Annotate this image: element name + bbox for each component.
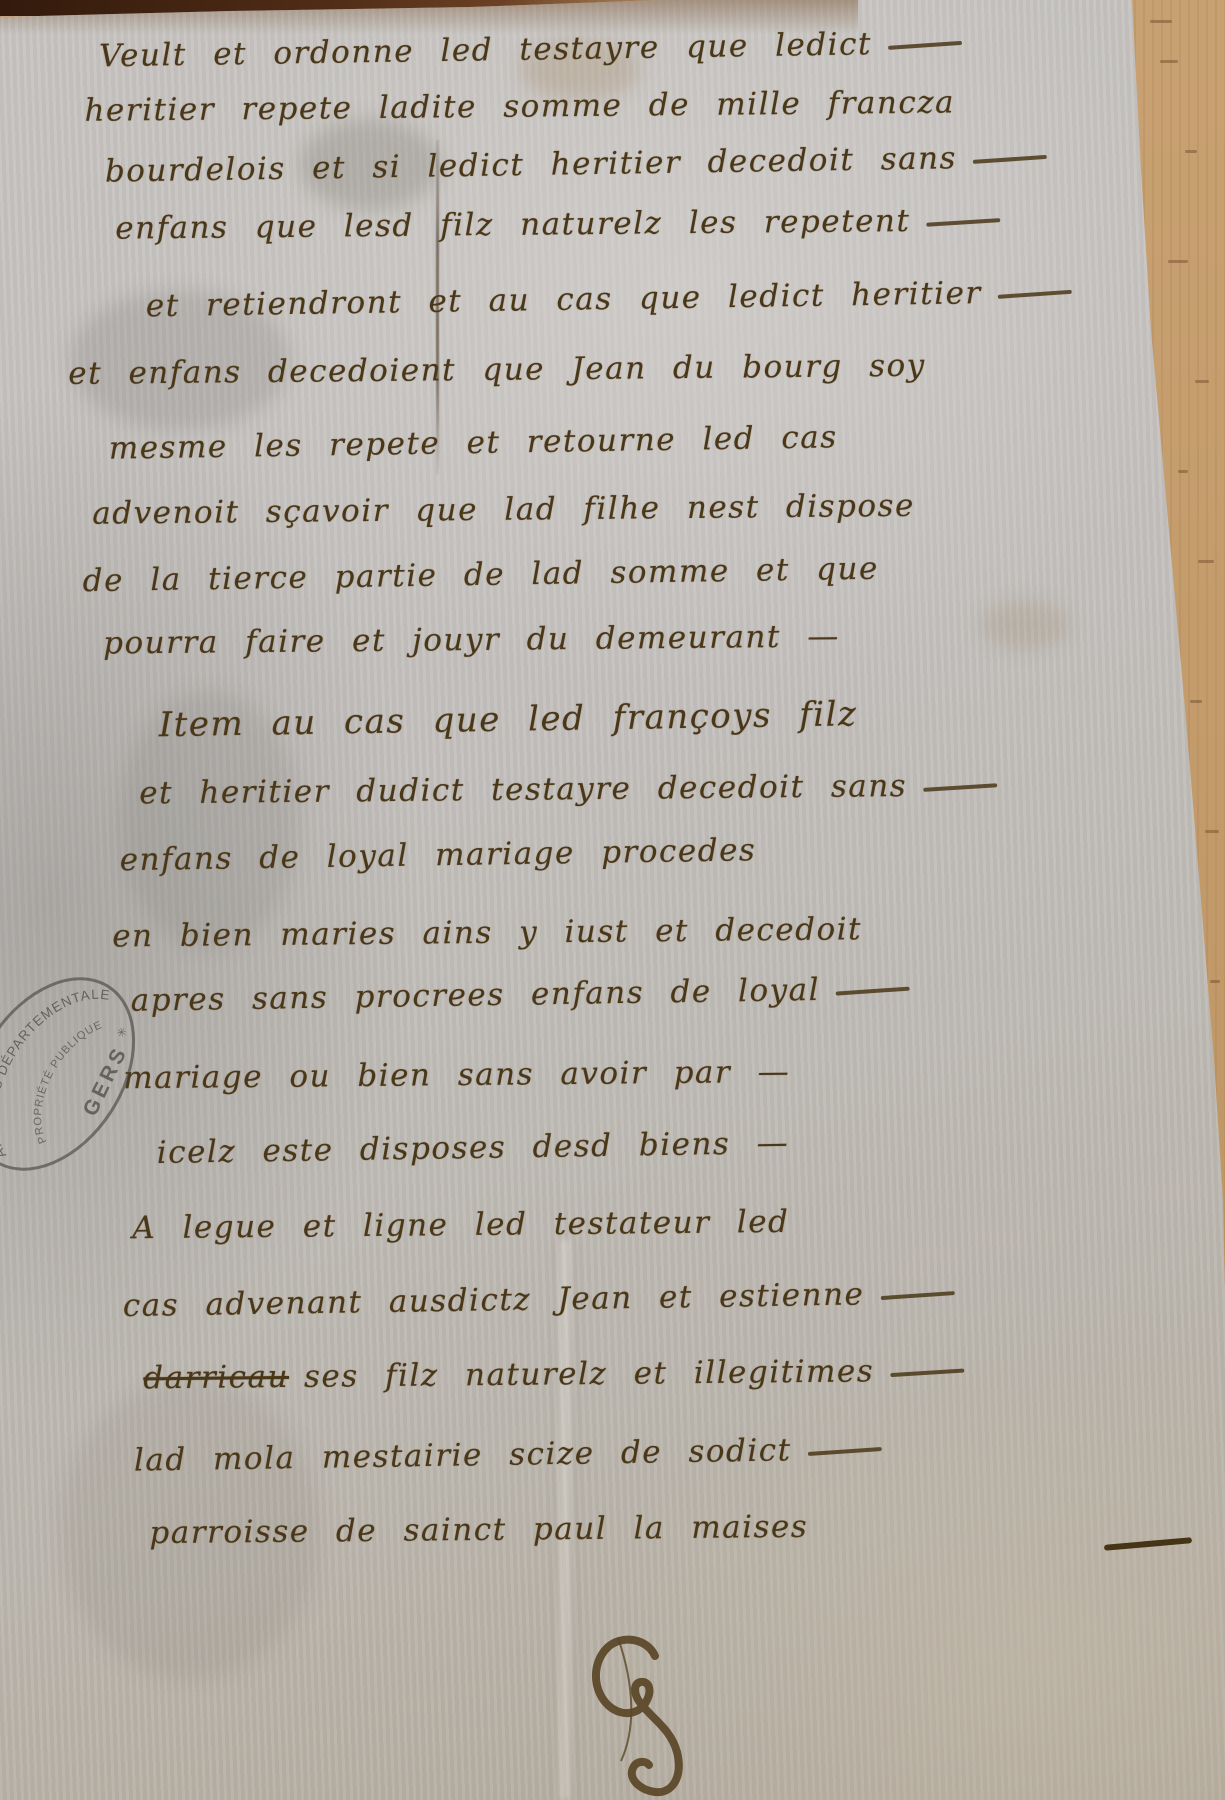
- stamp-gers-text: GERS: [79, 1042, 133, 1120]
- struck-word: darricau: [143, 1359, 289, 1396]
- manuscript-line: Item au cas que led françoys filz: [158, 694, 857, 745]
- manuscript-line: et retiendront et au cas que ledict heri…: [146, 274, 1072, 325]
- manuscript-line: de la tierce partie de lad somme et que: [82, 551, 879, 600]
- photo-of-manuscript: Veult et ordonne led testayre que ledict…: [0, 0, 1225, 1800]
- manuscript-line: en bien maries ains y iust et decedoit: [112, 911, 862, 954]
- manuscript-line: icelz este disposes desd biens —: [156, 1125, 789, 1171]
- manuscript-line: A legue et ligne led testateur led: [132, 1204, 789, 1246]
- manuscript-line: enfans de loyal mariage procedes: [119, 832, 756, 878]
- manuscript-line: heritier repete ladite somme de mille fr…: [84, 84, 955, 128]
- manuscript-line: bourdelois et si ledict heritier decedoi…: [105, 139, 1048, 190]
- manuscript-line: enfans que lesd filz naturelz les repete…: [115, 202, 1000, 246]
- manuscript-line: pourra faire et jouyr du demeurant —: [103, 618, 840, 661]
- manuscript-line: lad mola mestairie scize de sodict: [134, 1431, 882, 1479]
- manuscript-line: et enfans decedoient que Jean du bourg s…: [68, 348, 926, 392]
- handwritten-text-block: Veult et ordonne led testayre que ledict…: [0, 0, 1225, 1800]
- manuscript-line: Veult et ordonne led testayre que ledict: [99, 25, 962, 75]
- manuscript-line: mariage ou bien sans avoir par —: [123, 1054, 790, 1096]
- manuscript-line: parroisse de sainct paul la maises: [149, 1509, 808, 1551]
- manuscript-line: et heritier dudict testayre decedoit san…: [139, 767, 997, 811]
- manuscript-line: mesme les repete et retourne led cas: [109, 419, 838, 466]
- notary-paraph: [573, 1626, 713, 1800]
- manuscript-line: advenoit sçavoir que lad filhe nest disp…: [92, 488, 915, 532]
- manuscript-line: cas advenant ausdictz Jean et estienne: [123, 1275, 955, 1324]
- manuscript-line: apres sans procrees enfans de loyal: [130, 971, 910, 1019]
- manuscript-line: darricauses filz naturelz et illegitimes: [143, 1352, 964, 1396]
- stamp-star: ✳: [113, 1024, 130, 1040]
